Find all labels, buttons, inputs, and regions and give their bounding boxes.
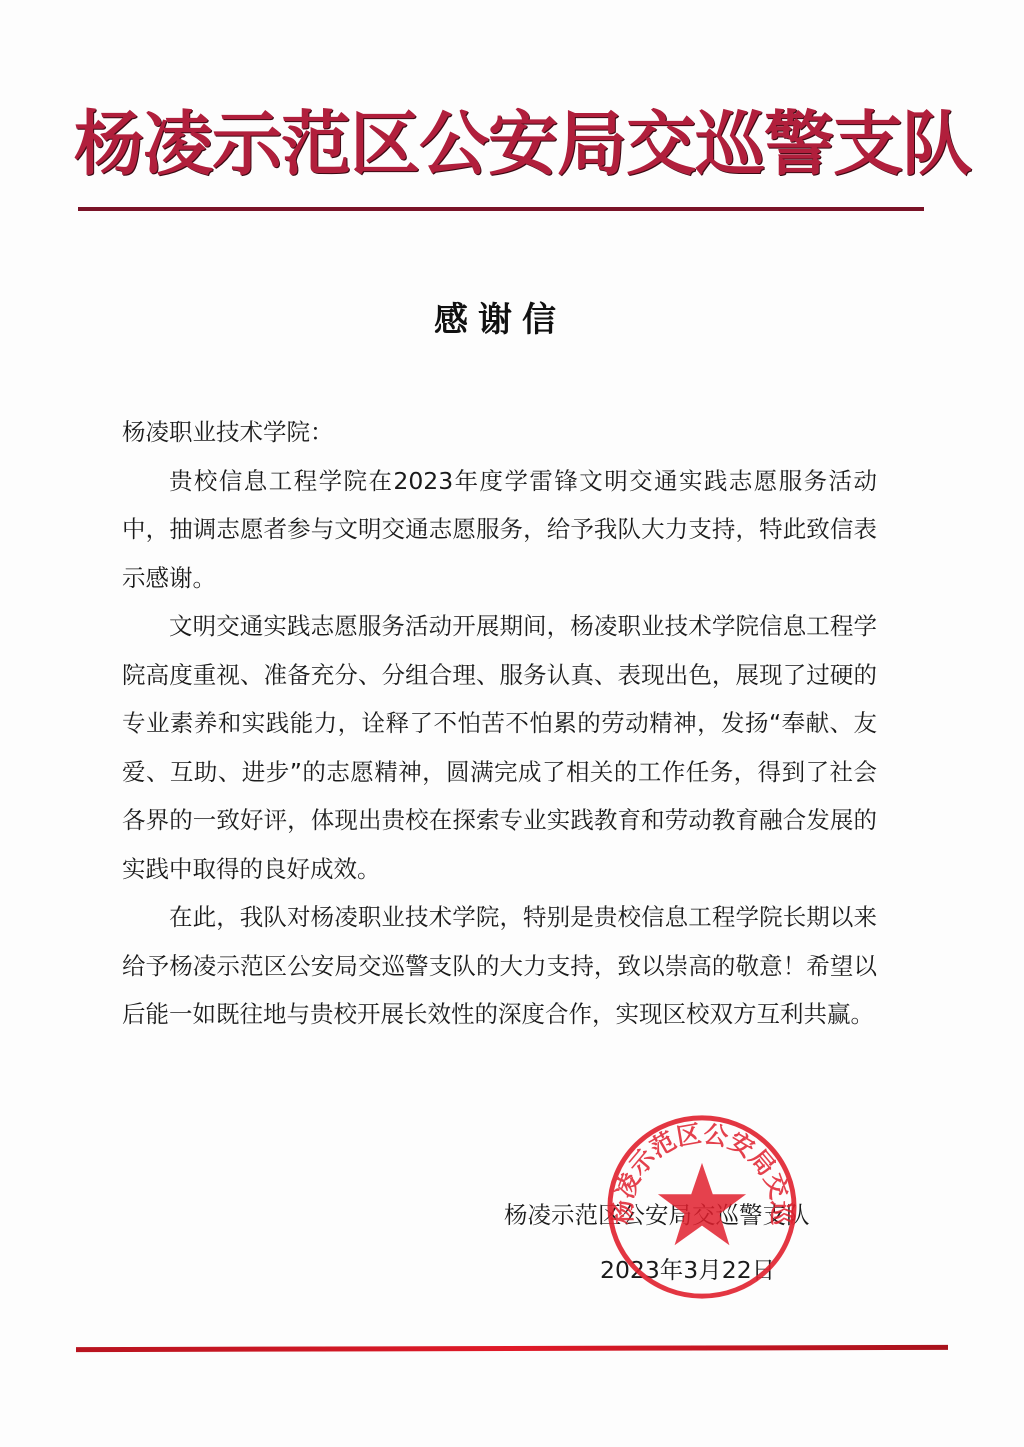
footer-divider xyxy=(76,1345,948,1352)
signature-organization: 杨凌示范区公安局交巡警支队 xyxy=(504,1196,884,1230)
paragraph-3: 在此，我队对杨凌职业技术学院，特别是贵校信息工程学院长期以来给予杨凌示范区公安局… xyxy=(122,893,877,1039)
paragraph-2: 文明交通实践志愿服务活动开展期间，杨凌职业技术学院信息工程学院高度重视、准备充分… xyxy=(122,602,877,893)
signature-date: 2023年3月22日 xyxy=(600,1251,775,1285)
paragraph-1: 贵校信息工程学院在2023年度学雷锋文明交通实践志愿服务活动中，抽调志愿者参与文… xyxy=(122,457,877,603)
letterhead-title: 杨凌示范区公安局交巡警支队 xyxy=(74,102,934,186)
document-title: 感谢信 xyxy=(0,292,1000,341)
letter-body: 杨凌职业技术学院： 贵校信息工程学院在2023年度学雷锋文明交通实践志愿服务活动… xyxy=(122,408,877,1039)
salutation: 杨凌职业技术学院： xyxy=(122,408,877,457)
letterhead-divider xyxy=(78,207,924,211)
